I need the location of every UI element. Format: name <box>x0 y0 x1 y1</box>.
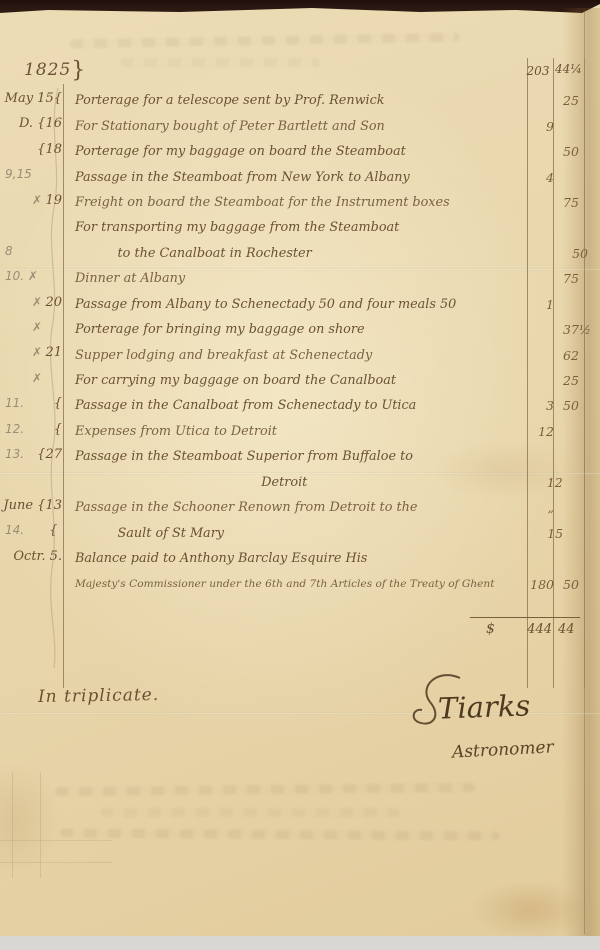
pencil-grid-line <box>0 840 112 841</box>
row-description: Expenses from Utica to Detroit <box>64 424 527 439</box>
ledger-row: June {13Passage in the Schooner Renown f… <box>0 495 600 520</box>
pencil-check-mark: ✗ <box>32 295 42 309</box>
row-date-margin: May 15{ <box>0 88 64 113</box>
row-amount-cents: 50 <box>558 144 593 159</box>
ledger-row: 11.{Passage in the Canalboat from Schene… <box>0 393 600 418</box>
year-heading: 1825} <box>24 56 86 81</box>
row-description: Freight on board the Steamboat for the I… <box>64 195 527 210</box>
row-description: Passage in the Steamboat from New York t… <box>64 170 527 185</box>
ledger-row: {18Porterage for my baggage on board the… <box>0 139 600 164</box>
row-date-margin <box>0 571 64 596</box>
pencil-margin-note: 10. ✗ <box>5 269 38 283</box>
pencil-check-mark: ✗ <box>32 371 42 385</box>
row-date-label: { <box>49 523 57 538</box>
row-amount-cents: 75 <box>558 195 593 210</box>
row-description: Sault of St Mary <box>60 526 538 541</box>
row-date-label: 19 <box>45 193 62 208</box>
pencil-margin-note: 9,15 <box>5 167 32 181</box>
row-description: Passage from Albany to Schenectady 50 an… <box>64 297 527 312</box>
ledger-row: Majesty's Commissioner under the 6th and… <box>0 571 600 596</box>
pencil-margin-note: 14. <box>5 523 24 537</box>
row-amount-dollars: „ <box>527 500 558 515</box>
pencil-margin-note: 11. <box>5 396 24 410</box>
row-date-margin: ✗20 <box>0 292 64 317</box>
row-date-margin <box>0 470 60 495</box>
row-date-label: 21 <box>45 345 62 360</box>
ledger-row: ✗Porterage for bringing my baggage on sh… <box>0 317 600 342</box>
row-amount-dollars: 1 <box>527 297 558 312</box>
pencil-check-mark: ✗ <box>32 345 42 359</box>
row-date-margin: June {13 <box>0 495 64 520</box>
year-text: 1825 <box>24 60 71 80</box>
row-date-label: May 15{ <box>5 91 62 106</box>
row-date-margin: ✗21 <box>0 342 64 367</box>
ledger-row: 9,15Passage in the Steamboat from New Yo… <box>0 164 600 189</box>
row-amount-cents: 50 <box>558 398 593 413</box>
signature: Tiarks <box>437 688 530 725</box>
total-rule <box>470 617 580 618</box>
paper-stain <box>470 880 590 940</box>
ledger-row: ✗19Freight on board the Steamboat for th… <box>0 190 600 215</box>
row-date-label: June {13 <box>3 498 62 513</box>
row-description: Passage in the Canalboat from Schenectad… <box>64 398 527 413</box>
ledger-row: 10. ✗Dinner at Albany75 <box>0 266 600 291</box>
row-date-margin: 9,15 <box>0 164 64 189</box>
row-date-margin: ✗ <box>0 368 64 393</box>
pencil-check-mark: ✗ <box>32 320 42 334</box>
row-amount-cents: 62 <box>558 348 593 363</box>
row-date-margin: 12.{ <box>0 419 64 444</box>
row-amount-dollars: 15 <box>538 526 567 541</box>
ledger-row: ✗For carrying my baggage on board the Ca… <box>0 368 600 393</box>
row-amount-cents: 50 <box>567 246 600 261</box>
ledger-row: 14.{Sault of St Mary15 <box>0 520 600 545</box>
row-description: Detroit <box>60 475 537 490</box>
row-description: Porterage for my baggage on board the St… <box>64 144 527 159</box>
row-date-label: { <box>54 396 62 411</box>
row-amount-cents: 25 <box>558 373 593 388</box>
row-date-margin: 10. ✗ <box>0 266 64 291</box>
row-amount-dollars: 9 <box>527 119 558 134</box>
ledger-row: ✗21Supper lodging and breakfast at Schen… <box>0 342 600 367</box>
row-description: Porterage for a telescope sent by Prof. … <box>64 93 527 108</box>
ledger-row: May 15{Porterage for a telescope sent by… <box>0 88 600 113</box>
total-cents: 44 <box>558 622 575 637</box>
row-date-label: 20 <box>45 295 62 310</box>
ledger-row: Octr. 5.Balance paid to Anthony Barclay … <box>0 546 600 571</box>
ledger-row: ✗20Passage from Albany to Schenectady 50… <box>0 292 600 317</box>
row-amount-cents: 75 <box>558 271 593 286</box>
bleed-through-text <box>120 58 320 67</box>
row-date-margin <box>0 215 64 240</box>
pencil-margin-note: 12. <box>5 422 24 436</box>
row-amount-dollars: 4 <box>527 170 558 185</box>
row-description: Porterage for bringing my baggage on sho… <box>64 322 527 337</box>
row-amount-cents: 25 <box>558 93 593 108</box>
row-date-margin: D. {16 <box>0 113 64 138</box>
ledger-row: For transporting my baggage from the Ste… <box>0 215 600 240</box>
year-brace: } <box>71 58 86 83</box>
ledger-row: 13.{27Passage in the Steamboat Superior … <box>0 444 600 469</box>
pencil-margin-note: 13. <box>5 447 24 461</box>
row-date-label: {27 <box>37 447 62 462</box>
row-amount-dollars: 180 <box>527 577 558 592</box>
row-date-label: {18 <box>37 142 62 157</box>
row-date-label: Octr. 5. <box>13 549 62 564</box>
row-description: Majesty's Commissioner under the 6th and… <box>64 578 527 590</box>
row-description: Passage in the Steamboat Superior from B… <box>64 449 527 464</box>
ledger-row: 8to the Canalboat in Rochester50 <box>0 241 600 266</box>
row-description: For Stationary bought of Peter Bartlett … <box>64 119 527 134</box>
ledger-row: 12.{Expenses from Utica to Detroit12 <box>0 419 600 444</box>
row-description: For transporting my baggage from the Ste… <box>64 220 527 235</box>
row-description: Dinner at Albany <box>64 271 527 286</box>
row-date-margin: 8 <box>0 241 60 266</box>
row-description: to the Canalboat in Rochester <box>60 246 538 261</box>
row-description: Passage in the Schooner Renown from Detr… <box>64 500 527 515</box>
row-date-margin: 14.{ <box>0 520 60 545</box>
pencil-check-mark: ✗ <box>32 193 42 207</box>
row-amount-dollars: 3 <box>527 398 558 413</box>
row-date-label: D. {16 <box>19 116 62 131</box>
pencil-margin-note: 8 <box>5 244 13 258</box>
scanned-ledger-page: 1825} 203 44¼ May 15{Porterage for a tel… <box>0 0 600 950</box>
row-date-margin: ✗19 <box>0 190 64 215</box>
row-description: For carrying my baggage on board the Can… <box>64 373 527 388</box>
row-amount-cents: 50 <box>558 577 593 592</box>
row-date-label: { <box>54 422 62 437</box>
ledger-row: D. {16For Stationary bought of Peter Bar… <box>0 113 600 138</box>
carry-forward-cents: 44¼ <box>555 62 582 76</box>
in-triplicate-note: In triplicate. <box>38 685 160 707</box>
row-date-margin: Octr. 5. <box>0 546 64 571</box>
ledger-rows: May 15{Porterage for a telescope sent by… <box>0 88 600 597</box>
row-date-margin: 11.{ <box>0 393 64 418</box>
row-date-margin: 13.{27 <box>0 444 64 469</box>
total-dollars: 444 <box>518 622 552 637</box>
ledger-row: Detroit12 <box>0 470 600 495</box>
pencil-grid-line <box>0 862 112 863</box>
dollar-sign: $ <box>486 621 495 637</box>
row-date-margin: {18 <box>0 139 64 164</box>
row-amount-dollars: 12 <box>527 424 558 439</box>
carry-forward-dollars: 203 <box>524 64 552 78</box>
row-description: Balance paid to Anthony Barclay Esquire … <box>64 551 527 566</box>
row-amount-cents: 37½ <box>558 322 593 337</box>
bleed-through-text <box>100 808 400 817</box>
row-description: Supper lodging and breakfast at Schenect… <box>64 348 527 363</box>
row-date-margin: ✗ <box>0 317 64 342</box>
row-amount-dollars: 12 <box>537 475 566 490</box>
